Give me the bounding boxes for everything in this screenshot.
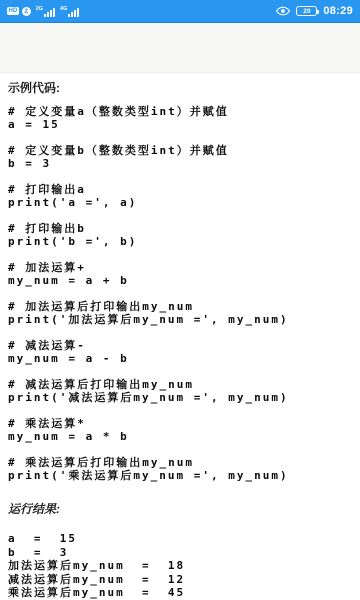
hd-volte-icon: HD [7, 7, 19, 15]
network-2g-label: 2G [36, 6, 43, 12]
battery-percent-label: 29 [303, 8, 310, 15]
example-code-block: # 定义变量a（整数类型int）并赋值 a = 15 # 定义变量b（整数类型i… [8, 105, 352, 482]
eye-protection-icon [276, 6, 290, 16]
signal-4g-icon: 4G [60, 5, 79, 17]
status-left-cluster: HD 2 2G 4G [7, 5, 84, 17]
signal-bars-icon [68, 7, 79, 17]
clock-time: 08:29 [323, 5, 353, 17]
run-results-block: a = 15 b = 3 加法运算后my_num = 18 减法运算后my_nu… [8, 532, 352, 600]
status-right-cluster: 29 08:29 [276, 5, 353, 17]
result-section-label: 运行结果: [8, 502, 352, 516]
network-4g-label: 4G [60, 6, 67, 12]
signal-2g-icon: 2G [36, 5, 55, 17]
app-header-empty [0, 23, 360, 73]
lesson-content: 示例代码: # 定义变量a（整数类型int）并赋值 a = 15 # 定义变量b… [0, 73, 360, 600]
code-section-label: 示例代码: [8, 81, 352, 95]
battery-nub [317, 10, 319, 14]
status-bar: HD 2 2G 4G 29 08:29 [0, 0, 360, 23]
sim2-icon: 2 [22, 7, 31, 16]
signal-bars-icon [44, 7, 55, 17]
battery-icon: 29 [296, 6, 317, 16]
